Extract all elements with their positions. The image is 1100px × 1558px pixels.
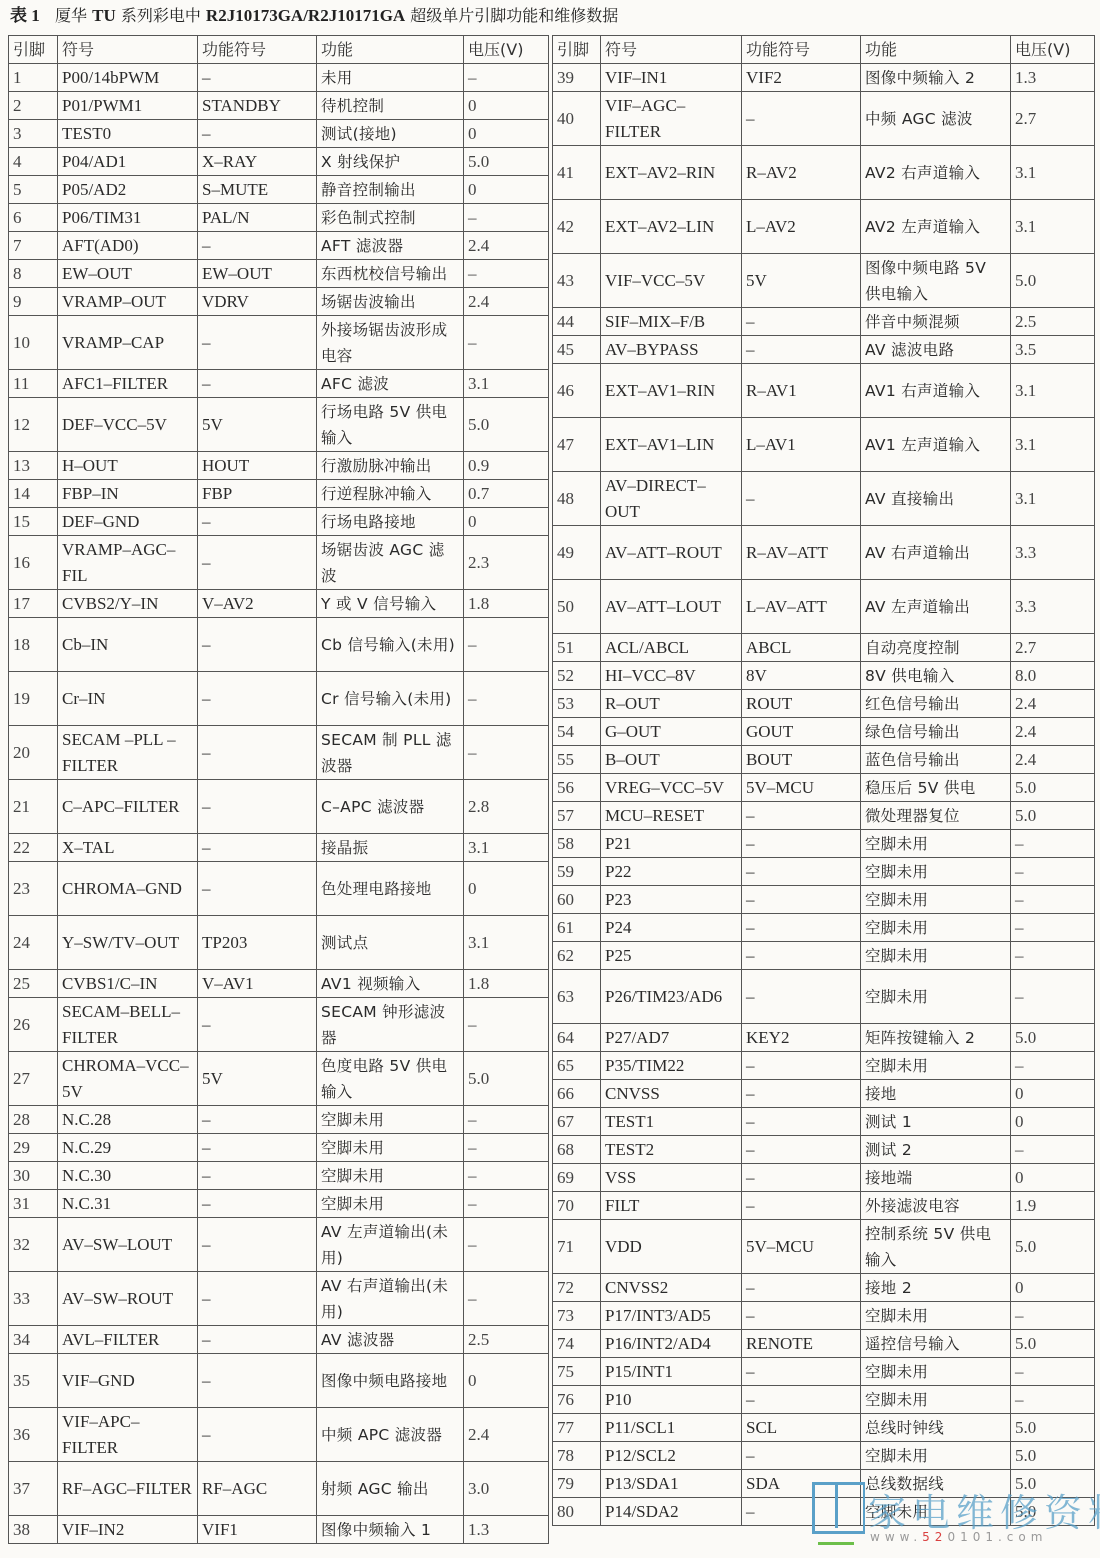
func-symbol-cell: HOUT bbox=[198, 452, 317, 480]
func-symbol-cell: SDA bbox=[742, 1470, 861, 1498]
function-cell: 控制系统 5V 供电输入 bbox=[861, 1220, 1011, 1274]
function-cell: C–APC 滤波器 bbox=[317, 780, 464, 834]
table-row: 12DEF–VCC–5V5V行场电路 5V 供电输入5.0 bbox=[9, 398, 549, 452]
function-cell: AFC 滤波 bbox=[317, 370, 464, 398]
func-symbol-cell: – bbox=[198, 1106, 317, 1134]
voltage-cell: 5.0 bbox=[1011, 1024, 1095, 1052]
pin-cell: 20 bbox=[9, 726, 58, 780]
symbol-cell: AV–SW–ROUT bbox=[58, 1272, 198, 1326]
func-symbol-cell: – bbox=[742, 970, 861, 1024]
symbol-cell: AV–SW–LOUT bbox=[58, 1218, 198, 1272]
func-symbol-cell: – bbox=[198, 1408, 317, 1462]
function-cell: 总线时钟线 bbox=[861, 1414, 1011, 1442]
pin-cell: 24 bbox=[9, 916, 58, 970]
pin-cell: 16 bbox=[9, 536, 58, 590]
func-symbol-cell: – bbox=[742, 92, 861, 146]
func-symbol-cell: 5V bbox=[198, 1052, 317, 1106]
func-symbol-cell: – bbox=[198, 536, 317, 590]
func-symbol-cell: 5V bbox=[198, 398, 317, 452]
pin-cell: 32 bbox=[9, 1218, 58, 1272]
pin-cell: 68 bbox=[553, 1136, 601, 1164]
voltage-cell: 2.3 bbox=[464, 536, 549, 590]
function-cell: 自动亮度控制 bbox=[861, 634, 1011, 662]
function-cell: 空脚未用 bbox=[861, 1498, 1011, 1526]
pin-cell: 13 bbox=[9, 452, 58, 480]
function-cell: 空脚未用 bbox=[317, 1134, 464, 1162]
func-symbol-cell: – bbox=[198, 672, 317, 726]
func-symbol-cell: – bbox=[198, 780, 317, 834]
function-cell: 外接场锯齿波形成电容 bbox=[317, 316, 464, 370]
function-cell: SECAM 制 PLL 滤波器 bbox=[317, 726, 464, 780]
pin-cell: 34 bbox=[9, 1326, 58, 1354]
pin-cell: 75 bbox=[553, 1358, 601, 1386]
voltage-cell: 1.8 bbox=[464, 970, 549, 998]
func-symbol-cell: – bbox=[742, 1108, 861, 1136]
voltage-cell: 5.0 bbox=[1011, 1220, 1095, 1274]
table-row: 46EXT–AV1–RINR–AV1AV1 右声道输入3.1 bbox=[553, 364, 1095, 418]
func-symbol-cell: – bbox=[742, 1302, 861, 1330]
table-row: 16VRAMP–AGC–FIL–场锯齿波 AGC 滤波2.3 bbox=[9, 536, 549, 590]
symbol-cell: VIF–AGC–FILTER bbox=[601, 92, 742, 146]
symbol-cell: P23 bbox=[601, 886, 742, 914]
symbol-cell: X–TAL bbox=[58, 834, 198, 862]
table-row: 73P17/INT3/AD5–空脚未用– bbox=[553, 1302, 1095, 1330]
symbol-cell: G–OUT bbox=[601, 718, 742, 746]
func-symbol-cell: – bbox=[198, 1162, 317, 1190]
func-symbol-cell: – bbox=[198, 120, 317, 148]
table-row: 55B–OUTBOUT蓝色信号输出2.4 bbox=[553, 746, 1095, 774]
function-cell: 色度电路 5V 供电输入 bbox=[317, 1052, 464, 1106]
pin-cell: 26 bbox=[9, 998, 58, 1052]
func-symbol-cell: GOUT bbox=[742, 718, 861, 746]
table-row: 10VRAMP–CAP–外接场锯齿波形成电容– bbox=[9, 316, 549, 370]
voltage-cell: 2.7 bbox=[1011, 634, 1095, 662]
table-body-right: 39VIF–IN1VIF2图像中频输入 21.340VIF–AGC–FILTER… bbox=[553, 64, 1095, 1526]
func-symbol-cell: – bbox=[742, 336, 861, 364]
func-symbol-cell: – bbox=[742, 1442, 861, 1470]
pin-cell: 44 bbox=[553, 308, 601, 336]
table-row: 50AV–ATT–LOUTL–AV–ATTAV 左声道输出3.3 bbox=[553, 580, 1095, 634]
func-symbol-cell: – bbox=[198, 1134, 317, 1162]
table-row: 31N.C.31–空脚未用– bbox=[9, 1190, 549, 1218]
symbol-cell: DEF–GND bbox=[58, 508, 198, 536]
symbol-cell: CHROMA–GND bbox=[58, 862, 198, 916]
function-cell: 测试(接地) bbox=[317, 120, 464, 148]
voltage-cell: – bbox=[1011, 942, 1095, 970]
table-row: 36VIF–APC–FILTER–中频 APC 滤波器2.4 bbox=[9, 1408, 549, 1462]
url-prefix: www. bbox=[870, 1530, 922, 1544]
header-function: 功能 bbox=[317, 36, 464, 64]
symbol-cell: VSS bbox=[601, 1164, 742, 1192]
symbol-cell: TEST1 bbox=[601, 1108, 742, 1136]
voltage-cell: 5.0 bbox=[1011, 254, 1095, 308]
pin-cell: 51 bbox=[553, 634, 601, 662]
function-cell: 空脚未用 bbox=[861, 1302, 1011, 1330]
table-row: 43VIF–VCC–5V5V图像中频电路 5V 供电输入5.0 bbox=[553, 254, 1095, 308]
function-cell: 测试 1 bbox=[861, 1108, 1011, 1136]
func-symbol-cell: – bbox=[742, 1080, 861, 1108]
table-row: 40VIF–AGC–FILTER–中频 AGC 滤波2.7 bbox=[553, 92, 1095, 146]
func-symbol-cell: – bbox=[198, 1326, 317, 1354]
voltage-cell: – bbox=[464, 1134, 549, 1162]
voltage-cell: 3.3 bbox=[1011, 580, 1095, 634]
symbol-cell: P10 bbox=[601, 1386, 742, 1414]
symbol-cell: VIF–IN2 bbox=[58, 1516, 198, 1544]
function-cell: 东西枕校信号输出 bbox=[317, 260, 464, 288]
pin-cell: 41 bbox=[553, 146, 601, 200]
table-row: 75P15/INT1–空脚未用– bbox=[553, 1358, 1095, 1386]
voltage-cell: 0.9 bbox=[464, 452, 549, 480]
voltage-cell: – bbox=[464, 260, 549, 288]
symbol-cell: N.C.31 bbox=[58, 1190, 198, 1218]
symbol-cell: VREG–VCC–5V bbox=[601, 774, 742, 802]
func-symbol-cell: – bbox=[742, 1358, 861, 1386]
voltage-cell: 2.4 bbox=[1011, 718, 1095, 746]
function-cell: 空脚未用 bbox=[861, 886, 1011, 914]
table-row: 11AFC1–FILTER–AFC 滤波3.1 bbox=[9, 370, 549, 398]
symbol-cell: HI–VCC–8V bbox=[601, 662, 742, 690]
table-row: 48AV–DIRECT–OUT–AV 直接输出3.1 bbox=[553, 472, 1095, 526]
func-symbol-cell: – bbox=[742, 886, 861, 914]
function-cell: 稳压后 5V 供电 bbox=[861, 774, 1011, 802]
pin-cell: 4 bbox=[9, 148, 58, 176]
voltage-cell: 1.9 bbox=[1011, 1192, 1095, 1220]
pin-cell: 2 bbox=[9, 92, 58, 120]
symbol-cell: EXT–AV1–RIN bbox=[601, 364, 742, 418]
header-voltage: 电压(V) bbox=[1011, 36, 1095, 64]
symbol-cell: P04/AD1 bbox=[58, 148, 198, 176]
table-row: 38VIF–IN2VIF1图像中频输入 11.3 bbox=[9, 1516, 549, 1544]
voltage-cell: – bbox=[464, 726, 549, 780]
pin-cell: 55 bbox=[553, 746, 601, 774]
function-cell: 接地 2 bbox=[861, 1274, 1011, 1302]
voltage-cell: 3.1 bbox=[1011, 364, 1095, 418]
pin-cell: 80 bbox=[553, 1498, 601, 1526]
watermark-url: www.520101.com bbox=[870, 1530, 1047, 1544]
function-cell: 中频 AGC 滤波 bbox=[861, 92, 1011, 146]
function-cell: 图像中频输入 2 bbox=[861, 64, 1011, 92]
function-cell: 色处理电路接地 bbox=[317, 862, 464, 916]
func-symbol-cell: 8V bbox=[742, 662, 861, 690]
table-row: 51ACL/ABCLABCL自动亮度控制2.7 bbox=[553, 634, 1095, 662]
voltage-cell: 5.0 bbox=[1011, 1414, 1095, 1442]
voltage-cell: 2.4 bbox=[464, 288, 549, 316]
symbol-cell: EXT–AV2–LIN bbox=[601, 200, 742, 254]
voltage-cell: 3.1 bbox=[1011, 472, 1095, 526]
voltage-cell: – bbox=[464, 998, 549, 1052]
func-symbol-cell: – bbox=[198, 1190, 317, 1218]
pin-cell: 46 bbox=[553, 364, 601, 418]
voltage-cell: 3.0 bbox=[464, 1462, 549, 1516]
function-cell: 绿色信号输出 bbox=[861, 718, 1011, 746]
table-row: 61P24–空脚未用– bbox=[553, 914, 1095, 942]
symbol-cell: FILT bbox=[601, 1192, 742, 1220]
function-cell: 外接滤波电容 bbox=[861, 1192, 1011, 1220]
func-symbol-cell: V–AV1 bbox=[198, 970, 317, 998]
func-symbol-cell: FBP bbox=[198, 480, 317, 508]
func-symbol-cell: – bbox=[198, 834, 317, 862]
function-cell: 空脚未用 bbox=[861, 1358, 1011, 1386]
header-func-symbol: 功能符号 bbox=[198, 36, 317, 64]
table-row: 18Cb–IN–Cb 信号输入(未用)– bbox=[9, 618, 549, 672]
voltage-cell: 0 bbox=[1011, 1080, 1095, 1108]
symbol-cell: P15/INT1 bbox=[601, 1358, 742, 1386]
pin-cell: 36 bbox=[9, 1408, 58, 1462]
symbol-cell: P26/TIM23/AD6 bbox=[601, 970, 742, 1024]
voltage-cell: 2.5 bbox=[464, 1326, 549, 1354]
symbol-cell: P21 bbox=[601, 830, 742, 858]
symbol-cell: P24 bbox=[601, 914, 742, 942]
func-symbol-cell: – bbox=[198, 316, 317, 370]
function-cell: 遥控信号输入 bbox=[861, 1330, 1011, 1358]
table-row: 26SECAM–BELL–FILTER–SECAM 钟形滤波器– bbox=[9, 998, 549, 1052]
voltage-cell: – bbox=[464, 316, 549, 370]
symbol-cell: P06/TIM31 bbox=[58, 204, 198, 232]
symbol-cell: CNVSS2 bbox=[601, 1274, 742, 1302]
voltage-cell: 2.4 bbox=[464, 232, 549, 260]
table-row: 60P23–空脚未用– bbox=[553, 886, 1095, 914]
table-row: 28N.C.28–空脚未用– bbox=[9, 1106, 549, 1134]
function-cell: 图像中频输入 1 bbox=[317, 1516, 464, 1544]
function-cell: 接地端 bbox=[861, 1164, 1011, 1192]
func-symbol-cell: TP203 bbox=[198, 916, 317, 970]
pin-table-left: 引脚 符号 功能符号 功能 电压(V) 1P00/14bPWM–未用–2P01/… bbox=[8, 35, 549, 1544]
pin-cell: 49 bbox=[553, 526, 601, 580]
func-symbol-cell: – bbox=[742, 1164, 861, 1192]
pin-cell: 27 bbox=[9, 1052, 58, 1106]
table-row: 23CHROMA–GND–色处理电路接地0 bbox=[9, 862, 549, 916]
function-cell: 8V 供电输入 bbox=[861, 662, 1011, 690]
function-cell: 行场电路接地 bbox=[317, 508, 464, 536]
function-cell: 行逆程脉冲输入 bbox=[317, 480, 464, 508]
table-row: 49AV–ATT–ROUTR–AV–ATTAV 右声道输出3.3 bbox=[553, 526, 1095, 580]
func-symbol-cell: – bbox=[198, 64, 317, 92]
table-row: 54G–OUTGOUT绿色信号输出2.4 bbox=[553, 718, 1095, 746]
header-symbol: 符号 bbox=[58, 36, 198, 64]
symbol-cell: N.C.28 bbox=[58, 1106, 198, 1134]
voltage-cell: 2.5 bbox=[1011, 308, 1095, 336]
func-symbol-cell: L–AV1 bbox=[742, 418, 861, 472]
func-symbol-cell: R–AV1 bbox=[742, 364, 861, 418]
function-cell: AV2 左声道输入 bbox=[861, 200, 1011, 254]
symbol-cell: EXT–AV1–LIN bbox=[601, 418, 742, 472]
voltage-cell: – bbox=[464, 1218, 549, 1272]
voltage-cell: 0 bbox=[464, 1354, 549, 1408]
table-row: 20SECAM –PLL –FILTER–SECAM 制 PLL 滤波器– bbox=[9, 726, 549, 780]
pin-cell: 19 bbox=[9, 672, 58, 726]
function-cell: 矩阵按键输入 2 bbox=[861, 1024, 1011, 1052]
func-symbol-cell: 5V bbox=[742, 254, 861, 308]
table-row: 78P12/SCL2–空脚未用5.0 bbox=[553, 1442, 1095, 1470]
symbol-cell: VDD bbox=[601, 1220, 742, 1274]
symbol-cell: RF–AGC–FILTER bbox=[58, 1462, 198, 1516]
voltage-cell: 5.0 bbox=[1011, 1330, 1095, 1358]
caption-chips: R2J10173GA/R2J10171GA bbox=[206, 6, 405, 25]
caption-text-3: 超级单片引脚功能和维修数据 bbox=[405, 6, 618, 25]
voltage-cell: – bbox=[464, 672, 549, 726]
table-row: 58P21–空脚未用– bbox=[553, 830, 1095, 858]
symbol-cell: CNVSS bbox=[601, 1080, 742, 1108]
func-symbol-cell: L–AV–ATT bbox=[742, 580, 861, 634]
func-symbol-cell: – bbox=[742, 942, 861, 970]
symbol-cell: N.C.29 bbox=[58, 1134, 198, 1162]
pin-cell: 71 bbox=[553, 1220, 601, 1274]
symbol-cell: B–OUT bbox=[601, 746, 742, 774]
symbol-cell: C–APC–FILTER bbox=[58, 780, 198, 834]
function-cell: 测试 2 bbox=[861, 1136, 1011, 1164]
pin-cell: 7 bbox=[9, 232, 58, 260]
func-symbol-cell: RF–AGC bbox=[198, 1462, 317, 1516]
func-symbol-cell: – bbox=[198, 862, 317, 916]
voltage-cell: 3.1 bbox=[464, 916, 549, 970]
func-symbol-cell: RENOTE bbox=[742, 1330, 861, 1358]
table-row: 66CNVSS–接地0 bbox=[553, 1080, 1095, 1108]
table-row: 42EXT–AV2–LINL–AV2AV2 左声道输入3.1 bbox=[553, 200, 1095, 254]
function-cell: 空脚未用 bbox=[861, 914, 1011, 942]
function-cell: 未用 bbox=[317, 64, 464, 92]
func-symbol-cell: – bbox=[742, 1136, 861, 1164]
pin-cell: 3 bbox=[9, 120, 58, 148]
function-cell: 空脚未用 bbox=[861, 970, 1011, 1024]
pin-cell: 6 bbox=[9, 204, 58, 232]
symbol-cell: P05/AD2 bbox=[58, 176, 198, 204]
table-row: 80P14/SDA2–空脚未用5.0 bbox=[553, 1498, 1095, 1526]
function-cell: Y 或 V 信号输入 bbox=[317, 590, 464, 618]
table-row: 24Y–SW/TV–OUTTP203测试点3.1 bbox=[9, 916, 549, 970]
voltage-cell: – bbox=[1011, 1136, 1095, 1164]
symbol-cell: SIF–MIX–F/B bbox=[601, 308, 742, 336]
function-cell: 伴音中频混频 bbox=[861, 308, 1011, 336]
pin-cell: 1 bbox=[9, 64, 58, 92]
func-symbol-cell: – bbox=[742, 472, 861, 526]
table-row: 2P01/PWM1STANDBY待机控制0 bbox=[9, 92, 549, 120]
voltage-cell: – bbox=[1011, 886, 1095, 914]
table-row: 32AV–SW–LOUT–AV 左声道输出(未用)– bbox=[9, 1218, 549, 1272]
symbol-cell: Y–SW/TV–OUT bbox=[58, 916, 198, 970]
function-cell: 行场电路 5V 供电输入 bbox=[317, 398, 464, 452]
function-cell: AV 左声道输出 bbox=[861, 580, 1011, 634]
symbol-cell: AV–BYPASS bbox=[601, 336, 742, 364]
symbol-cell: TEST0 bbox=[58, 120, 198, 148]
table-row: 29N.C.29–空脚未用– bbox=[9, 1134, 549, 1162]
func-symbol-cell: – bbox=[198, 232, 317, 260]
table-row: 13H–OUTHOUT行激励脉冲输出0.9 bbox=[9, 452, 549, 480]
function-cell: 蓝色信号输出 bbox=[861, 746, 1011, 774]
table-row: 52HI–VCC–8V8V8V 供电输入8.0 bbox=[553, 662, 1095, 690]
symbol-cell: N.C.30 bbox=[58, 1162, 198, 1190]
table-row: 76P10–空脚未用– bbox=[553, 1386, 1095, 1414]
voltage-cell: – bbox=[464, 64, 549, 92]
func-symbol-cell: SCL bbox=[742, 1414, 861, 1442]
pin-cell: 70 bbox=[553, 1192, 601, 1220]
function-cell: AV 滤波器 bbox=[317, 1326, 464, 1354]
func-symbol-cell: – bbox=[742, 308, 861, 336]
function-cell: 空脚未用 bbox=[861, 1442, 1011, 1470]
table-row: 4P04/AD1X–RAYX 射线保护5.0 bbox=[9, 148, 549, 176]
voltage-cell: – bbox=[1011, 914, 1095, 942]
pin-cell: 60 bbox=[553, 886, 601, 914]
voltage-cell: 2.4 bbox=[1011, 690, 1095, 718]
voltage-cell: 2.4 bbox=[464, 1408, 549, 1462]
voltage-cell: 3.1 bbox=[464, 834, 549, 862]
func-symbol-cell: X–RAY bbox=[198, 148, 317, 176]
pin-cell: 61 bbox=[553, 914, 601, 942]
pin-cell: 52 bbox=[553, 662, 601, 690]
table-row: 30N.C.30–空脚未用– bbox=[9, 1162, 549, 1190]
func-symbol-cell: ABCL bbox=[742, 634, 861, 662]
voltage-cell: 2.8 bbox=[464, 780, 549, 834]
table-row: 22X–TAL–接晶振3.1 bbox=[9, 834, 549, 862]
pin-cell: 21 bbox=[9, 780, 58, 834]
voltage-cell: 1.8 bbox=[464, 590, 549, 618]
func-symbol-cell: – bbox=[198, 1272, 317, 1326]
function-cell: 行激励脉冲输出 bbox=[317, 452, 464, 480]
pin-cell: 76 bbox=[553, 1386, 601, 1414]
function-cell: SECAM 钟形滤波器 bbox=[317, 998, 464, 1052]
function-cell: 空脚未用 bbox=[861, 858, 1011, 886]
function-cell: 彩色制式控制 bbox=[317, 204, 464, 232]
function-cell: AV 左声道输出(未用) bbox=[317, 1218, 464, 1272]
func-symbol-cell: 5V–MCU bbox=[742, 774, 861, 802]
pin-cell: 37 bbox=[9, 1462, 58, 1516]
func-symbol-cell: 5V–MCU bbox=[742, 1220, 861, 1274]
pin-cell: 42 bbox=[553, 200, 601, 254]
voltage-cell: – bbox=[1011, 1386, 1095, 1414]
func-symbol-cell: – bbox=[198, 998, 317, 1052]
voltage-cell: 0 bbox=[464, 92, 549, 120]
pin-cell: 12 bbox=[9, 398, 58, 452]
symbol-cell: VIF–GND bbox=[58, 1354, 198, 1408]
table-row: 9VRAMP–OUTVDRV场锯齿波输出2.4 bbox=[9, 288, 549, 316]
pin-cell: 47 bbox=[553, 418, 601, 472]
function-cell: 微处理器复位 bbox=[861, 802, 1011, 830]
func-symbol-cell: – bbox=[742, 1052, 861, 1080]
table-row: 1P00/14bPWM–未用– bbox=[9, 64, 549, 92]
table-row: 62P25–空脚未用– bbox=[553, 942, 1095, 970]
table-row: 53R–OUTROUT红色信号输出2.4 bbox=[553, 690, 1095, 718]
pin-cell: 35 bbox=[9, 1354, 58, 1408]
pin-cell: 23 bbox=[9, 862, 58, 916]
pin-cell: 31 bbox=[9, 1190, 58, 1218]
symbol-cell: P17/INT3/AD5 bbox=[601, 1302, 742, 1330]
pin-cell: 66 bbox=[553, 1080, 601, 1108]
symbol-cell: VRAMP–OUT bbox=[58, 288, 198, 316]
symbol-cell: CVBS2/Y–IN bbox=[58, 590, 198, 618]
pin-cell: 59 bbox=[553, 858, 601, 886]
function-cell: 总线数据线 bbox=[861, 1470, 1011, 1498]
pin-cell: 67 bbox=[553, 1108, 601, 1136]
function-cell: 空脚未用 bbox=[317, 1190, 464, 1218]
caption-text-1: 厦华 bbox=[55, 6, 92, 25]
func-symbol-cell: – bbox=[742, 830, 861, 858]
function-cell: 空脚未用 bbox=[861, 830, 1011, 858]
symbol-cell: AV–ATT–LOUT bbox=[601, 580, 742, 634]
function-cell: 空脚未用 bbox=[861, 1052, 1011, 1080]
symbol-cell: CVBS1/C–IN bbox=[58, 970, 198, 998]
func-symbol-cell: ROUT bbox=[742, 690, 861, 718]
pin-cell: 62 bbox=[553, 942, 601, 970]
func-symbol-cell: EW–OUT bbox=[198, 260, 317, 288]
table-row: 77P11/SCL1SCL总线时钟线5.0 bbox=[553, 1414, 1095, 1442]
symbol-cell: MCU–RESET bbox=[601, 802, 742, 830]
function-cell: AFT 滤波器 bbox=[317, 232, 464, 260]
table-row: 69VSS–接地端0 bbox=[553, 1164, 1095, 1192]
symbol-cell: CHROMA–VCC–5V bbox=[58, 1052, 198, 1106]
caption-series: TU bbox=[92, 6, 116, 25]
table-header-row: 引脚 符号 功能符号 功能 电压(V) bbox=[553, 36, 1095, 64]
pin-cell: 69 bbox=[553, 1164, 601, 1192]
voltage-cell: 2.4 bbox=[1011, 746, 1095, 774]
